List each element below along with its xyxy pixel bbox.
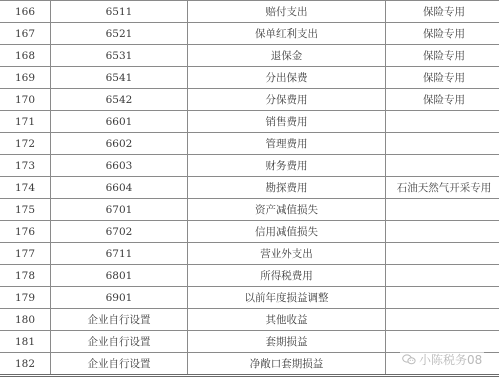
account-code: 6602	[51, 133, 188, 155]
row-index: 179	[0, 287, 51, 309]
account-note: 保险专用	[386, 45, 499, 67]
watermark-text: 小陈税务08	[419, 351, 482, 368]
account-name: 退保金	[188, 45, 386, 67]
table-row: 1716601销售费用	[0, 111, 499, 133]
account-name: 财务费用	[188, 155, 386, 177]
account-note	[386, 309, 499, 331]
account-code: 企业自行设置	[51, 353, 188, 376]
row-index: 181	[0, 331, 51, 353]
table-row: 1776711营业外支出	[0, 243, 499, 265]
row-index: 166	[0, 1, 51, 23]
account-note: 石油天然气开采专用	[386, 177, 499, 199]
account-note	[386, 221, 499, 243]
table-row: 1676521保单红利支出保险专用	[0, 23, 499, 45]
account-code: 企业自行设置	[51, 331, 188, 353]
watermark: 小陈税务08	[400, 351, 484, 368]
account-code: 6521	[51, 23, 188, 45]
account-note	[386, 287, 499, 309]
table-row: 1686531退保金保险专用	[0, 45, 499, 67]
table-row: 1696541分出保费保险专用	[0, 67, 499, 89]
table-row: 1756701资产减值损失	[0, 199, 499, 221]
account-code: 6901	[51, 287, 188, 309]
account-name: 管理费用	[188, 133, 386, 155]
table-row: 1786801所得税费用	[0, 265, 499, 287]
account-name: 资产减值损失	[188, 199, 386, 221]
account-note: 保险专用	[386, 23, 499, 45]
account-code: 6701	[51, 199, 188, 221]
account-code: 6604	[51, 177, 188, 199]
account-note: 保险专用	[386, 89, 499, 111]
table-row: 1796901以前年度损益调整	[0, 287, 499, 309]
table-row: 1706542分保费用保险专用	[0, 89, 499, 111]
account-name: 净敞口套期损益	[188, 353, 386, 376]
account-name: 其他收益	[188, 309, 386, 331]
account-code: 企业自行设置	[51, 309, 188, 331]
table-row: 1766702信用减值损失	[0, 221, 499, 243]
row-index: 177	[0, 243, 51, 265]
row-index: 176	[0, 221, 51, 243]
row-index: 173	[0, 155, 51, 177]
account-name: 以前年度损益调整	[188, 287, 386, 309]
row-index: 170	[0, 89, 51, 111]
account-code: 6711	[51, 243, 188, 265]
account-note	[386, 111, 499, 133]
account-note	[386, 133, 499, 155]
account-code: 6702	[51, 221, 188, 243]
account-note: 保险专用	[386, 67, 499, 89]
account-code: 6603	[51, 155, 188, 177]
account-name: 营业外支出	[188, 243, 386, 265]
row-index: 182	[0, 353, 51, 376]
account-name: 销售费用	[188, 111, 386, 133]
row-index: 172	[0, 133, 51, 155]
account-name: 套期损益	[188, 331, 386, 353]
account-code: 6531	[51, 45, 188, 67]
table-row: 181企业自行设置套期损益	[0, 331, 499, 353]
account-note	[386, 155, 499, 177]
account-note	[386, 243, 499, 265]
account-name: 分出保费	[188, 67, 386, 89]
table-row: 1746604勘探费用石油天然气开采专用	[0, 177, 499, 199]
row-index: 178	[0, 265, 51, 287]
account-code: 6541	[51, 67, 188, 89]
account-name: 信用减值损失	[188, 221, 386, 243]
row-index: 174	[0, 177, 51, 199]
account-note	[386, 331, 499, 353]
row-index: 171	[0, 111, 51, 133]
account-note	[386, 265, 499, 287]
row-index: 180	[0, 309, 51, 331]
account-codes-table: 1666511赔付支出保险专用 1676521保单红利支出保险专用 168653…	[0, 0, 499, 377]
row-index: 167	[0, 23, 51, 45]
account-name: 保单红利支出	[188, 23, 386, 45]
table-row: 180企业自行设置其他收益	[0, 309, 499, 331]
account-name: 勘探费用	[188, 177, 386, 199]
table-row: 1736603财务费用	[0, 155, 499, 177]
account-code: 6801	[51, 265, 188, 287]
account-name: 分保费用	[188, 89, 386, 111]
account-note	[386, 199, 499, 221]
wechat-icon	[402, 354, 416, 365]
account-name: 赔付支出	[188, 1, 386, 23]
table-row: 1666511赔付支出保险专用	[0, 1, 499, 23]
account-code: 6542	[51, 89, 188, 111]
account-note: 保险专用	[386, 1, 499, 23]
account-code: 6511	[51, 1, 188, 23]
row-index: 175	[0, 199, 51, 221]
row-index: 169	[0, 67, 51, 89]
row-index: 168	[0, 45, 51, 67]
account-code: 6601	[51, 111, 188, 133]
account-name: 所得税费用	[188, 265, 386, 287]
table-row: 1726602管理费用	[0, 133, 499, 155]
